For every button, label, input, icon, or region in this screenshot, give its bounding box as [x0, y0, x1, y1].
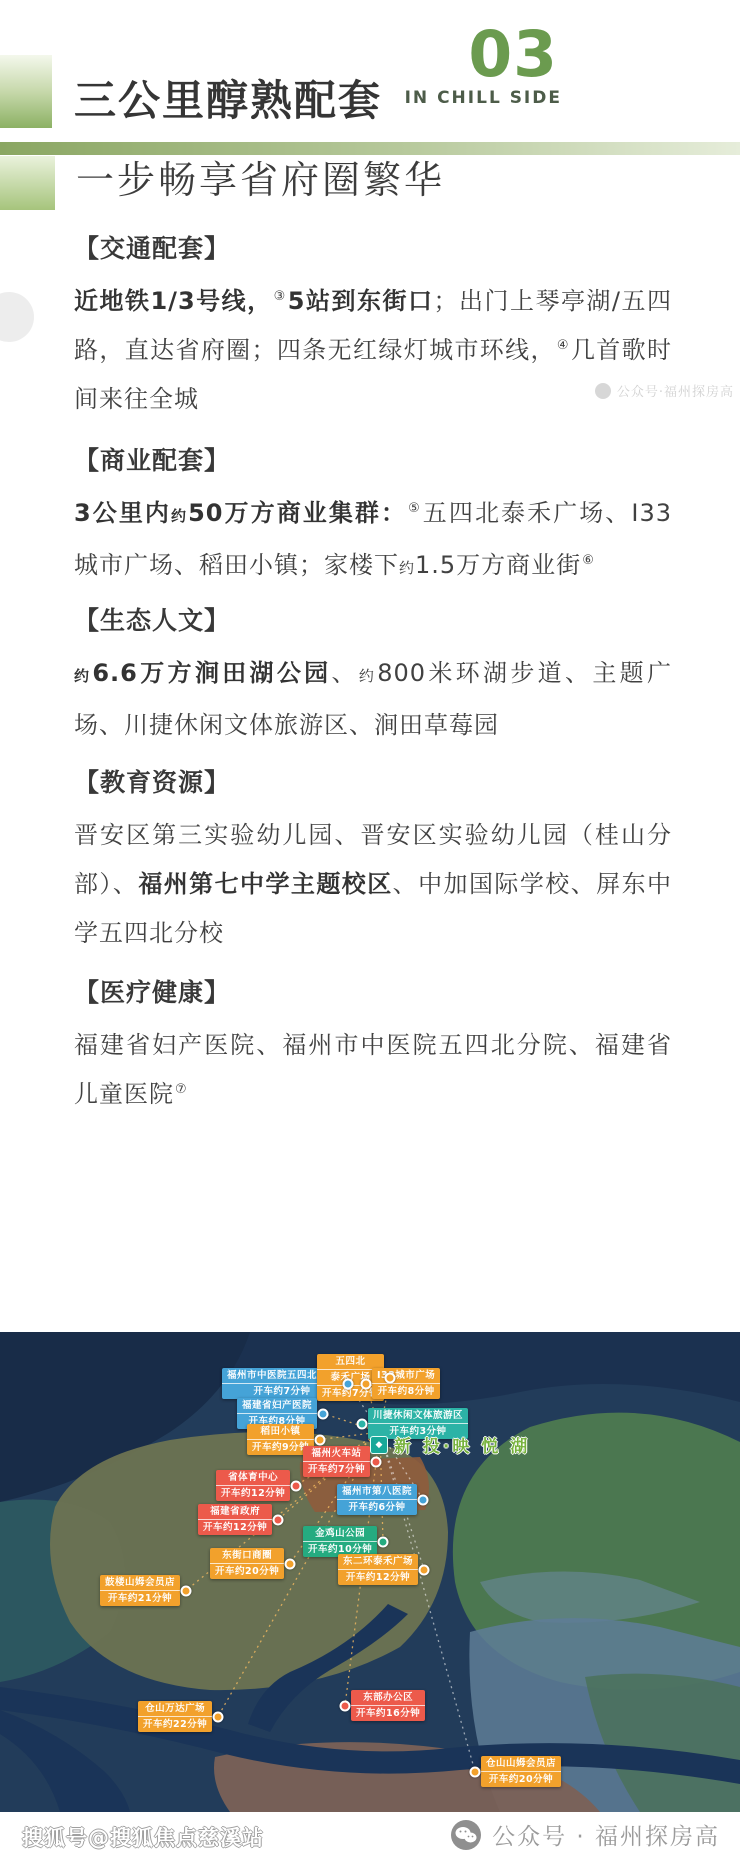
map-poi-label: I33城市广场开车约8分钟 [372, 1368, 440, 1399]
article-page: 03 IN CHILL SIDE 三公里醇熟配套 一步畅享省府圈繁华 公众号·福… [0, 0, 740, 1859]
map-poi-dot [343, 1378, 354, 1389]
map-poi-dot [291, 1480, 302, 1491]
map-poi-label: 福建省政府开车约12分钟 [198, 1504, 272, 1535]
map-poi-label: 东街口商圈开车约20分钟 [210, 1548, 284, 1579]
section-paragraph: 3公里内约50万方商业集群：⑤五四北泰禾广场、I33城市广场、稻田小镇；家楼下约… [74, 489, 672, 593]
map-poi-dot [378, 1536, 389, 1547]
map-poi-label: 鼓楼山姆会员店开车约21分钟 [100, 1575, 180, 1606]
map-poi-label: 福州火车站开车约7分钟 [303, 1446, 370, 1477]
map-poi-dot [385, 1372, 396, 1383]
map-poi-dot [371, 1456, 382, 1467]
map-poi-dot [419, 1564, 430, 1575]
wechat-icon [450, 1819, 482, 1851]
map-poi-label: 省体育中心开车约12分钟 [216, 1470, 290, 1501]
wechat-account-text: 公众号 · 福州探房高 [492, 1818, 720, 1851]
map-poi-label: 仓山山姆会员店开车约20分钟 [481, 1756, 561, 1787]
section-paragraph: 约6.6万方涧田湖公园、约800米环湖步道、主题广场、川捷休闲文体旅游区、涧田草… [74, 649, 672, 750]
map-poi-dot [213, 1711, 224, 1722]
section-heading: 【生态人文】 [74, 606, 672, 636]
section-heading: 【教育资源】 [74, 768, 672, 798]
map-poi-dot [361, 1378, 372, 1389]
project-location-label: ◆ 新 投·映 悦 湖 [370, 1432, 530, 1457]
section-education: 【教育资源】 晋安区第三实验幼儿园、晋安区实验幼儿园（桂山分部）、福州第七中学主… [74, 768, 672, 958]
header-ribbon-bottom [0, 156, 55, 210]
section-ecology: 【生态人文】 约6.6万方涧田湖公园、约800米环湖步道、主题广场、川捷休闲文体… [74, 606, 672, 750]
map-poi-dot [340, 1700, 351, 1711]
section-index-caption: IN CHILL SIDE [405, 88, 562, 108]
map-poi-dot [285, 1558, 296, 1569]
section-index-number: 03 [468, 22, 558, 88]
map-poi-label: 金鸡山公园开车约10分钟 [303, 1526, 377, 1557]
map-poi-dot [318, 1408, 329, 1419]
header-ribbon-top [0, 55, 52, 92]
map-poi-dot [315, 1434, 326, 1445]
section-heading: 【医疗健康】 [74, 978, 672, 1008]
section-heading: 【交通配套】 [74, 234, 672, 264]
section-heading: 【商业配套】 [74, 446, 672, 476]
header-ribbon-mid [0, 92, 52, 128]
project-name: 新 投·映 悦 湖 [394, 1432, 530, 1457]
map-labels-layer: 福州市中医院五四北分院开车约7分钟五四北泰禾广场开车约7分钟I33城市广场开车约… [0, 1332, 740, 1812]
map-poi-dot [470, 1766, 481, 1777]
section-paragraph: 福建省妇产医院、福州市中医院五四北分院、福建省儿童医院⑦ [74, 1021, 672, 1119]
page-title: 三公里醇熟配套 [74, 68, 382, 128]
page-subtitle: 一步畅享省府圈繁华 [76, 149, 445, 204]
section-paragraph: 近地铁1/3号线，③5站到东街口；出门上琴亭湖/五四路，直达省府圈；四条无红绿灯… [74, 277, 672, 424]
map-poi-dot [181, 1585, 192, 1596]
section-medical: 【医疗健康】 福建省妇产医院、福州市中医院五四北分院、福建省儿童医院⑦ [74, 978, 672, 1119]
map-poi-dot [357, 1418, 368, 1429]
location-map: 福州市中医院五四北分院开车约7分钟五四北泰禾广场开车约7分钟I33城市广场开车约… [0, 1332, 740, 1812]
sohu-watermark: 搜狐号@搜狐焦点慈溪站 [22, 1822, 264, 1852]
map-poi-dot [418, 1494, 429, 1505]
section-paragraph: 晋安区第三实验幼儿园、晋安区实验幼儿园（桂山分部）、福州第七中学主题校区、中加国… [74, 811, 672, 958]
map-poi-label: 东二环泰禾广场开车约12分钟 [338, 1554, 418, 1585]
footer-bar: 搜狐号@搜狐焦点慈溪站 公众号 · 福州探房高 [0, 1812, 740, 1859]
faint-logo-badge [0, 292, 34, 342]
map-poi-dot [273, 1514, 284, 1525]
section-commerce: 【商业配套】 3公里内约50万方商业集群：⑤五四北泰禾广场、I33城市广场、稻田… [74, 446, 672, 593]
map-poi-label: 仓山万达广场开车约22分钟 [138, 1701, 212, 1732]
map-poi-label: 福州市第八医院开车约6分钟 [337, 1484, 417, 1515]
section-transport: 【交通配套】 近地铁1/3号线，③5站到东街口；出门上琴亭湖/五四路，直达省府圈… [74, 234, 672, 424]
map-poi-label: 东部办公区开车约16分钟 [351, 1690, 425, 1721]
wechat-account-watermark: 公众号 · 福州探房高 [450, 1818, 720, 1851]
project-marker-icon: ◆ [370, 1436, 388, 1454]
